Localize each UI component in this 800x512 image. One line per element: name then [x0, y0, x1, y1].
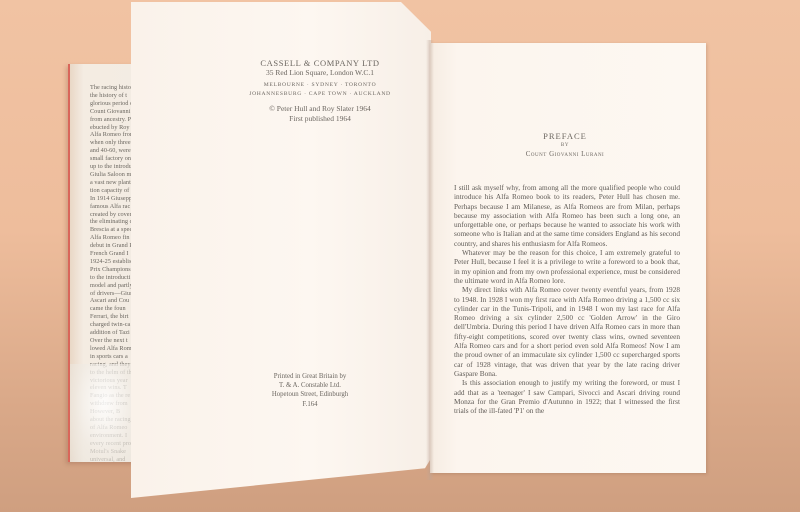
preface-paragraph: I still ask myself why, from among all t…	[454, 183, 680, 248]
publisher-address: 35 Red Lion Square, London W.C.1	[230, 68, 410, 78]
preface-title: PREFACE	[440, 131, 690, 141]
copyright-notice: © Peter Hull and Roy Slater 1964	[230, 104, 410, 114]
publisher-cities-1: MELBOURNE · SYDNEY · TORONTO	[230, 81, 410, 90]
printer-code: F.164	[240, 400, 380, 409]
printer-line-1: Printed in Great Britain by	[240, 372, 380, 381]
printer-line-3: Hopetoun Street, Edinburgh	[240, 390, 380, 399]
printer-info: Printed in Great Britain by T. & A. Cons…	[240, 372, 380, 409]
preface-author: Count Giovanni Lurani	[440, 150, 690, 158]
first-published: First published 1964	[230, 114, 410, 124]
jacket-glare	[70, 364, 138, 462]
preface-heading: PREFACE BY Count Giovanni Lurani	[440, 131, 690, 158]
preface-paragraph: My direct links with Alfa Romeo cover tw…	[454, 285, 680, 378]
preface-by: BY	[440, 143, 690, 148]
publisher-name: CASSELL & COMPANY LTD	[230, 58, 410, 68]
preface-paragraph: Is this association enough to justify my…	[454, 378, 680, 415]
preface-body: I still ask myself why, from among all t…	[454, 183, 680, 415]
printer-line-2: T. & A. Constable Ltd.	[240, 381, 380, 390]
dust-jacket-flap: The racing histor the history of t glori…	[68, 64, 138, 462]
preface-paragraph: Whatever may be the reason for this choi…	[454, 248, 680, 285]
book-gutter	[426, 40, 434, 480]
publisher-imprint: CASSELL & COMPANY LTD 35 Red Lion Square…	[230, 58, 410, 124]
publisher-cities-2: JOHANNESBURG · CAPE TOWN · AUCKLAND	[230, 90, 410, 99]
